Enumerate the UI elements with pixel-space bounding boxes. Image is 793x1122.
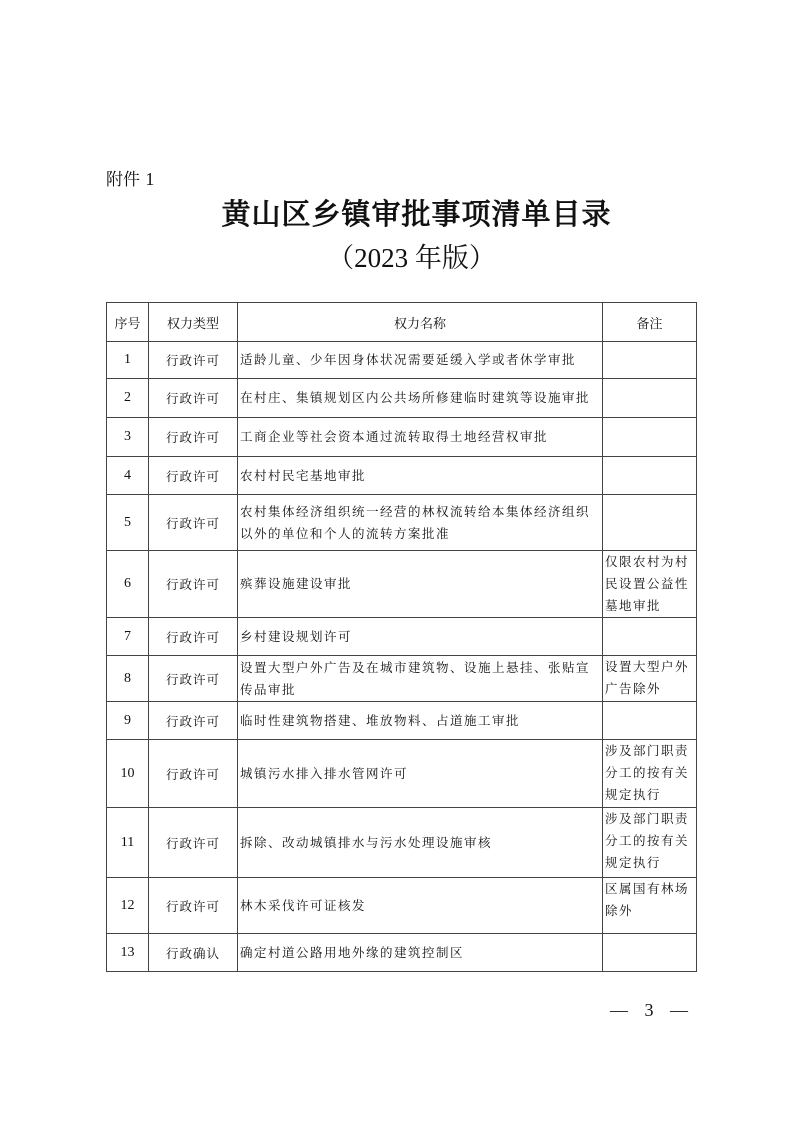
cell-index: 4: [107, 457, 149, 495]
cell-index: 13: [107, 934, 149, 972]
document-title: 黄山区乡镇审批事项清单目录: [0, 192, 793, 233]
header-power-name: 权力名称: [238, 303, 603, 342]
table-row: 5行政许可农村集体经济组织统一经营的林权流转给本集体经济组织以外的单位和个人的流…: [107, 495, 697, 551]
table-row: 6行政许可殡葬设施建设审批仅限农村为村民设置公益性墓地审批: [107, 551, 697, 618]
cell-index: 7: [107, 618, 149, 656]
document-subtitle: （2023 年版）: [0, 236, 793, 275]
cell-power-name: 殡葬设施建设审批: [238, 551, 603, 618]
cell-index: 12: [107, 878, 149, 934]
cell-index: 1: [107, 342, 149, 379]
cell-index: 6: [107, 551, 149, 618]
cell-power-type: 行政许可: [149, 342, 238, 379]
cell-power-name: 工商企业等社会资本通过流转取得土地经营权审批: [238, 418, 603, 457]
cell-index: 11: [107, 808, 149, 878]
cell-power-name: 适龄儿童、少年因身体状况需要延缓入学或者休学审批: [238, 342, 603, 379]
table-row: 7行政许可乡村建设规划许可: [107, 618, 697, 656]
cell-power-name: 在村庄、集镇规划区内公共场所修建临时建筑等设施审批: [238, 379, 603, 418]
cell-remarks: [603, 618, 697, 656]
cell-remarks: 区属国有林场除外: [603, 878, 697, 934]
table-row: 12行政许可林木采伐许可证核发区属国有林场除外: [107, 878, 697, 934]
cell-power-name: 确定村道公路用地外缘的建筑控制区: [238, 934, 603, 972]
cell-power-name: 乡村建设规划许可: [238, 618, 603, 656]
approval-items-table: 序号 权力类型 权力名称 备注 1行政许可适龄儿童、少年因身体状况需要延缓入学或…: [106, 302, 697, 972]
cell-power-type: 行政许可: [149, 702, 238, 740]
cell-power-name: 设置大型户外广告及在城市建筑物、设施上悬挂、张贴宣传品审批: [238, 656, 603, 702]
cell-remarks: [603, 495, 697, 551]
cell-power-type: 行政许可: [149, 656, 238, 702]
cell-power-type: 行政许可: [149, 808, 238, 878]
cell-index: 8: [107, 656, 149, 702]
cell-index: 5: [107, 495, 149, 551]
cell-remarks: [603, 418, 697, 457]
cell-power-name: 城镇污水排入排水管网许可: [238, 740, 603, 808]
cell-power-type: 行政许可: [149, 618, 238, 656]
cell-power-type: 行政许可: [149, 379, 238, 418]
table-row: 4行政许可农村村民宅基地审批: [107, 457, 697, 495]
attachment-label: 附件 1: [106, 165, 154, 190]
attachment-number: 1: [145, 169, 154, 189]
cell-remarks: 仅限农村为村民设置公益性墓地审批: [603, 551, 697, 618]
cell-power-type: 行政许可: [149, 551, 238, 618]
cell-index: 9: [107, 702, 149, 740]
table-row: 2行政许可在村庄、集镇规划区内公共场所修建临时建筑等设施审批: [107, 379, 697, 418]
table-row: 13行政确认确定村道公路用地外缘的建筑控制区: [107, 934, 697, 972]
cell-power-type: 行政许可: [149, 418, 238, 457]
cell-remarks: [603, 702, 697, 740]
table-row: 3行政许可工商企业等社会资本通过流转取得土地经营权审批: [107, 418, 697, 457]
header-power-type: 权力类型: [149, 303, 238, 342]
cell-power-name: 拆除、改动城镇排水与污水处理设施审核: [238, 808, 603, 878]
cell-power-name: 临时性建筑物搭建、堆放物料、占道施工审批: [238, 702, 603, 740]
table-row: 1行政许可适龄儿童、少年因身体状况需要延缓入学或者休学审批: [107, 342, 697, 379]
header-remarks: 备注: [603, 303, 697, 342]
cell-power-type: 行政许可: [149, 457, 238, 495]
header-index: 序号: [107, 303, 149, 342]
cell-power-type: 行政许可: [149, 495, 238, 551]
cell-remarks: 涉及部门职责分工的按有关规定执行: [603, 808, 697, 878]
table-row: 9行政许可临时性建筑物搭建、堆放物料、占道施工审批: [107, 702, 697, 740]
cell-index: 3: [107, 418, 149, 457]
cell-power-name: 农村集体经济组织统一经营的林权流转给本集体经济组织以外的单位和个人的流转方案批准: [238, 495, 603, 551]
cell-power-type: 行政确认: [149, 934, 238, 972]
cell-remarks: [603, 379, 697, 418]
cell-index: 10: [107, 740, 149, 808]
cell-power-type: 行政许可: [149, 878, 238, 934]
table-row: 8行政许可设置大型户外广告及在城市建筑物、设施上悬挂、张贴宣传品审批设置大型户外…: [107, 656, 697, 702]
cell-power-name: 林木采伐许可证核发: [238, 878, 603, 934]
cell-remarks: [603, 934, 697, 972]
cell-remarks: [603, 457, 697, 495]
cell-remarks: [603, 342, 697, 379]
cell-remarks: 设置大型户外广告除外: [603, 656, 697, 702]
table-row: 10行政许可城镇污水排入排水管网许可涉及部门职责分工的按有关规定执行: [107, 740, 697, 808]
cell-power-type: 行政许可: [149, 740, 238, 808]
attachment-text: 附件: [106, 170, 140, 190]
cell-index: 2: [107, 379, 149, 418]
cell-power-name: 农村村民宅基地审批: [238, 457, 603, 495]
table-row: 11行政许可拆除、改动城镇排水与污水处理设施审核涉及部门职责分工的按有关规定执行: [107, 808, 697, 878]
page-number: — 3 —: [610, 1000, 694, 1021]
table-header-row: 序号 权力类型 权力名称 备注: [107, 303, 697, 342]
cell-remarks: 涉及部门职责分工的按有关规定执行: [603, 740, 697, 808]
